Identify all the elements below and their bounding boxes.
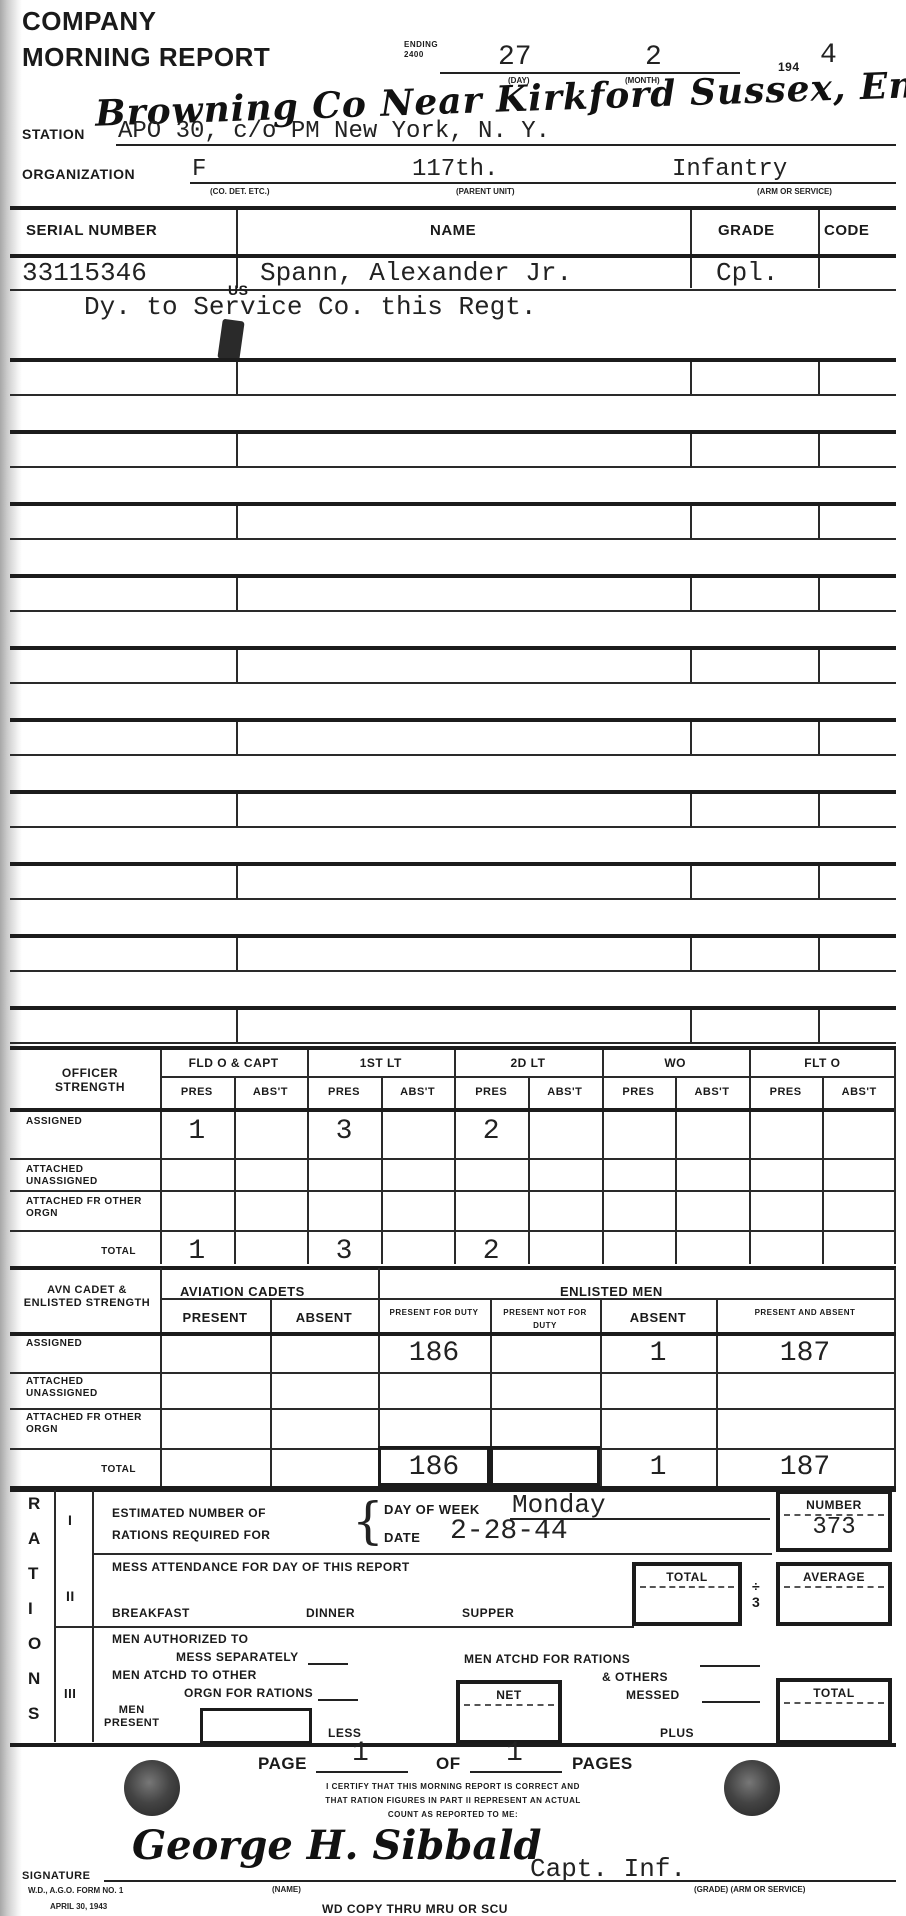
divider xyxy=(690,938,692,970)
officer-subcol-header: ABS'T xyxy=(822,1086,896,1098)
remark-text: Dy. to Service Co. this Regt. xyxy=(84,292,536,322)
row-rule xyxy=(10,289,896,291)
of-label: OF xyxy=(436,1754,461,1774)
ending-label-line1: ENDING xyxy=(404,40,438,50)
rations-required-label-2: RATIONS REQUIRED FOR xyxy=(112,1528,270,1542)
rations-side-letter: S xyxy=(28,1704,40,1724)
row-rule xyxy=(10,970,896,972)
row-rule xyxy=(10,466,896,468)
row-rule xyxy=(10,1006,896,1010)
mess-attendance-title: MESS ATTENDANCE FOR DAY OF THIS REPORT xyxy=(112,1560,410,1574)
enlisted-subcol-header: PRESENT FOR DUTY xyxy=(378,1306,490,1319)
divider xyxy=(690,650,692,682)
row-rule xyxy=(10,1158,896,1160)
row-rule xyxy=(10,1230,896,1232)
divider xyxy=(818,1010,820,1042)
part-1-numeral: I xyxy=(68,1512,72,1528)
enlisted-count-cell: 186 xyxy=(378,1338,490,1369)
pages-label: PAGES xyxy=(572,1754,633,1774)
atchd-for-rations-label: MEN ATCHD FOR RATIONS xyxy=(464,1652,630,1666)
divider xyxy=(236,362,238,394)
officer-group-header: FLT O xyxy=(749,1056,896,1070)
enlisted-subcol-header: ABSENT xyxy=(270,1310,378,1325)
officer-group-header: FLD O & CAPT xyxy=(160,1056,307,1070)
divider xyxy=(690,722,692,754)
divider xyxy=(690,434,692,466)
divider xyxy=(818,866,820,898)
officer-subcol-header: ABS'T xyxy=(528,1086,602,1098)
signature: George H. Sibbald xyxy=(132,1822,541,1869)
title-line-1: COMPANY xyxy=(22,6,156,37)
enlisted-subcol-header: ABSENT xyxy=(600,1310,716,1325)
officer-count-cell: 1 xyxy=(160,1236,234,1267)
enlisted-strength-title: AVN CADET & ENLISTED STRENGTH xyxy=(22,1284,152,1310)
enlisted-subcol-header: PRESENT NOT FOR DUTY xyxy=(490,1306,600,1332)
organization-company: F xyxy=(192,156,206,183)
divider xyxy=(818,938,820,970)
company-caption: (CO. DET. ETC.) xyxy=(210,187,270,196)
divider xyxy=(818,578,820,610)
men-present-box xyxy=(200,1708,312,1744)
others-label-2: MESSED xyxy=(626,1688,680,1702)
aviation-cadets-header: AVIATION CADETS xyxy=(180,1284,305,1299)
divider xyxy=(818,258,820,288)
grade-caption: (GRADE) (ARM OR SERVICE) xyxy=(694,1885,805,1894)
officer-strength-title: OFFICER STRENGTH xyxy=(30,1066,150,1094)
col-header-serial: SERIAL NUMBER xyxy=(26,222,157,239)
atchd-for-rations-underline xyxy=(700,1665,760,1667)
atchd-other-label-2: ORGN FOR RATIONS xyxy=(184,1686,313,1700)
breakfast-label: BREAKFAST xyxy=(112,1606,190,1620)
divide-icon: ÷ xyxy=(752,1578,760,1594)
rations-side-letter: N xyxy=(28,1669,41,1689)
officer-group-header: 1ST LT xyxy=(307,1056,454,1070)
men-present-line1: MEN xyxy=(104,1704,159,1717)
divider xyxy=(236,650,238,682)
row-rule xyxy=(10,646,896,650)
col-header-grade: GRADE xyxy=(718,222,775,239)
number-value: 373 xyxy=(780,1516,888,1540)
divider xyxy=(236,722,238,754)
ending-label-line2: 2400 xyxy=(404,50,438,60)
row-rule xyxy=(10,394,896,396)
pages-underline xyxy=(470,1771,562,1773)
seal-right-icon xyxy=(724,1760,780,1816)
average-label: AVERAGE xyxy=(780,1570,888,1584)
officer-row-label: ASSIGNED xyxy=(26,1116,156,1128)
station-underline xyxy=(116,144,896,146)
row-rule xyxy=(10,502,896,506)
rations-side-letter: T xyxy=(28,1564,39,1584)
men-present-label: MEN PRESENT xyxy=(104,1704,159,1730)
col-header-code: CODE xyxy=(824,222,869,239)
seal-left-icon xyxy=(124,1760,180,1816)
row-rule xyxy=(10,718,896,722)
rations-side-letter: I xyxy=(28,1599,33,1619)
organization-underline xyxy=(190,182,896,184)
divider xyxy=(236,794,238,826)
enlisted-count-cell: 1 xyxy=(600,1452,716,1483)
officer-count-cell: 2 xyxy=(454,1116,528,1147)
divider xyxy=(528,1076,530,1264)
col-header-name: NAME xyxy=(430,222,476,239)
rations-side-letter: O xyxy=(28,1634,42,1654)
supper-label: SUPPER xyxy=(462,1606,514,1620)
soldier-name: Spann, Alexander Jr. xyxy=(260,258,572,288)
name-caption: (NAME) xyxy=(272,1885,301,1894)
divider xyxy=(236,938,238,970)
officer-group-header: WO xyxy=(602,1056,749,1070)
enlisted-count-cell: 187 xyxy=(716,1452,894,1483)
part-2-numeral: II xyxy=(66,1588,75,1604)
average-box: AVERAGE xyxy=(776,1562,892,1626)
number-box: NUMBER 373 xyxy=(776,1490,892,1552)
divider xyxy=(690,362,692,394)
officer-count-cell: 3 xyxy=(307,1116,381,1147)
officer-subcol-header: ABS'T xyxy=(234,1086,308,1098)
row-rule xyxy=(10,898,896,900)
divider xyxy=(818,650,820,682)
divider xyxy=(894,1050,896,1264)
signature-underline xyxy=(104,1880,896,1882)
divider xyxy=(690,794,692,826)
divider xyxy=(818,210,820,258)
rations-total-label: TOTAL xyxy=(780,1686,888,1700)
divider xyxy=(818,362,820,394)
divider xyxy=(818,722,820,754)
row-rule xyxy=(10,358,896,362)
row-rule xyxy=(10,754,896,756)
net-label: NET xyxy=(460,1688,558,1702)
atchd-other-underline xyxy=(318,1699,358,1701)
copy-note: WD COPY THRU MRU OR SCU xyxy=(322,1902,508,1916)
form-number: W.D., A.G.O. FORM NO. 1 xyxy=(28,1886,123,1895)
divider xyxy=(818,794,820,826)
divider xyxy=(818,434,820,466)
report-day: 27 xyxy=(498,42,532,73)
officer-top-rule xyxy=(10,1046,896,1050)
divider xyxy=(236,1010,238,1042)
station-label: STATION xyxy=(22,126,85,142)
divider xyxy=(690,258,692,288)
certify-line-1: I CERTIFY THAT THIS MORNING REPORT IS CO… xyxy=(200,1780,706,1794)
enlisted-row-label: TOTAL xyxy=(26,1464,136,1476)
rations-required-label-1: ESTIMATED NUMBER OF xyxy=(112,1506,266,1520)
ending-label: ENDING 2400 xyxy=(404,40,438,60)
form-date: APRIL 30, 1943 xyxy=(50,1902,107,1911)
divider xyxy=(690,578,692,610)
station-value: APO 30, c/o PM New York, N. Y. xyxy=(118,118,550,145)
row-rule xyxy=(10,610,896,612)
enlisted-count-cell: 187 xyxy=(716,1338,894,1369)
divider xyxy=(690,506,692,538)
plus-label: PLUS xyxy=(660,1726,694,1740)
divisor: 3 xyxy=(752,1594,760,1610)
row-rule xyxy=(10,1042,896,1044)
divider xyxy=(690,210,692,258)
organization-parent: 117th. xyxy=(412,156,498,183)
brace-icon: { xyxy=(352,1496,384,1546)
atchd-other-label-1: MEN ATCHD TO OTHER xyxy=(112,1668,257,1682)
certify-line-2: THAT RATION FIGURES IN PART II REPRESENT… xyxy=(200,1794,706,1808)
mess-total-box: TOTAL xyxy=(632,1562,742,1626)
serial-number: 33115346 xyxy=(22,258,147,288)
divider xyxy=(236,866,238,898)
divider xyxy=(270,1298,272,1488)
divider xyxy=(234,1076,236,1264)
total-pages: 1 xyxy=(506,1738,523,1769)
signature-label: SIGNATURE xyxy=(22,1870,90,1882)
divider xyxy=(92,1490,94,1742)
total-pfd-box xyxy=(378,1446,490,1486)
authorized-label-1: MEN AUTHORIZED TO xyxy=(112,1632,249,1646)
page-number: 1 xyxy=(352,1738,369,1769)
divider xyxy=(675,1076,677,1264)
officer-subcol-header: ABS'T xyxy=(675,1086,749,1098)
officer-count-cell: 3 xyxy=(307,1236,381,1267)
officer-count-cell: 2 xyxy=(454,1236,528,1267)
enlisted-men-header: ENLISTED MEN xyxy=(560,1284,663,1299)
certify-line-3: COUNT AS REPORTED TO ME: xyxy=(200,1808,706,1822)
officer-subcol-header: PRES xyxy=(454,1086,528,1098)
divider xyxy=(818,506,820,538)
row-rule xyxy=(10,1266,896,1270)
row-rule xyxy=(10,1408,896,1410)
enlisted-count-cell: 1 xyxy=(600,1338,716,1369)
date-label: DATE xyxy=(384,1530,420,1545)
enlisted-subcol-header: PRESENT AND ABSENT xyxy=(716,1306,894,1319)
ink-mark xyxy=(217,319,244,362)
row-rule xyxy=(10,1332,896,1336)
officer-row-label: ATTACHED UNASSIGNED xyxy=(26,1164,156,1188)
parent-caption: (PARENT UNIT) xyxy=(456,187,515,196)
arm-caption: (ARM OR SERVICE) xyxy=(757,187,832,196)
divider xyxy=(236,506,238,538)
row-rule xyxy=(10,1372,896,1374)
officer-subcol-header: PRES xyxy=(307,1086,381,1098)
authorized-label-2: MESS SEPARATELY xyxy=(176,1650,299,1664)
others-underline xyxy=(702,1701,760,1703)
date-value: 2-28-44 xyxy=(450,1516,568,1547)
row-rule xyxy=(10,826,896,828)
page-underline xyxy=(316,1771,408,1773)
row-rule xyxy=(10,538,896,540)
officer-subcol-header: ABS'T xyxy=(381,1086,455,1098)
part-2-rule xyxy=(54,1626,634,1628)
enlisted-row-label: ASSIGNED xyxy=(26,1338,156,1350)
title-line-2: MORNING REPORT xyxy=(22,42,270,73)
row-rule xyxy=(10,430,896,434)
report-month: 2 xyxy=(645,42,662,73)
mess-total-label: TOTAL xyxy=(636,1570,738,1584)
divider xyxy=(822,1076,824,1264)
officer-row-label: TOTAL xyxy=(26,1246,136,1258)
roster-top-rule xyxy=(10,206,896,210)
others-label-1: & OTHERS xyxy=(602,1670,668,1684)
divider xyxy=(690,866,692,898)
row-rule xyxy=(10,790,896,794)
row-rule xyxy=(10,682,896,684)
divider xyxy=(690,1010,692,1042)
officer-row-label: ATTACHED FR OTHER ORGN xyxy=(26,1196,156,1220)
rations-bottom-rule xyxy=(10,1743,896,1747)
divide-by-three: ÷ 3 xyxy=(752,1578,760,1610)
page-label: PAGE xyxy=(258,1754,307,1774)
dinner-label: DINNER xyxy=(306,1606,355,1620)
rations-side-letter: A xyxy=(28,1529,41,1549)
part-3-numeral: III xyxy=(64,1686,76,1701)
day-of-week-label: DAY OF WEEK xyxy=(384,1502,480,1517)
row-rule xyxy=(10,1190,896,1192)
divider xyxy=(54,1490,56,1742)
number-label: NUMBER xyxy=(780,1498,888,1512)
enlisted-subcol-header: PRESENT xyxy=(160,1310,270,1325)
row-rule xyxy=(10,1108,896,1112)
net-box: NET xyxy=(456,1680,562,1744)
authorized-underline xyxy=(308,1663,348,1665)
scan-edge-shadow xyxy=(0,0,22,1916)
men-present-line2: PRESENT xyxy=(104,1717,159,1730)
divider xyxy=(381,1076,383,1264)
organization-arm: Infantry xyxy=(672,156,787,183)
row-rule xyxy=(10,574,896,578)
officer-subcol-header: PRES xyxy=(749,1086,823,1098)
enlisted-row-label: ATTACHED FR OTHER ORGN xyxy=(26,1412,156,1436)
divider xyxy=(894,1268,896,1488)
officer-subcol-header: PRES xyxy=(160,1086,234,1098)
part-1-rule xyxy=(92,1553,772,1555)
rations-total-box: TOTAL xyxy=(776,1678,892,1744)
divider xyxy=(160,1268,162,1488)
certification-text: I CERTIFY THAT THIS MORNING REPORT IS CO… xyxy=(200,1780,706,1822)
officer-group-header: 2D LT xyxy=(454,1056,601,1070)
row-rule xyxy=(10,862,896,866)
total-pnfd-box xyxy=(490,1446,600,1486)
officer-subcol-header: PRES xyxy=(602,1086,676,1098)
organization-label: ORGANIZATION xyxy=(22,166,135,182)
divider xyxy=(236,210,238,258)
row-rule xyxy=(10,934,896,938)
divider xyxy=(236,434,238,466)
soldier-grade: Cpl. xyxy=(716,258,778,288)
divider xyxy=(236,578,238,610)
rations-top-rule xyxy=(10,1488,896,1492)
officer-count-cell: 1 xyxy=(160,1116,234,1147)
rations-side-letter: R xyxy=(28,1494,41,1514)
remark-stamp: US xyxy=(228,282,248,298)
enlisted-row-label: ATTACHED UNASSIGNED xyxy=(26,1376,156,1400)
